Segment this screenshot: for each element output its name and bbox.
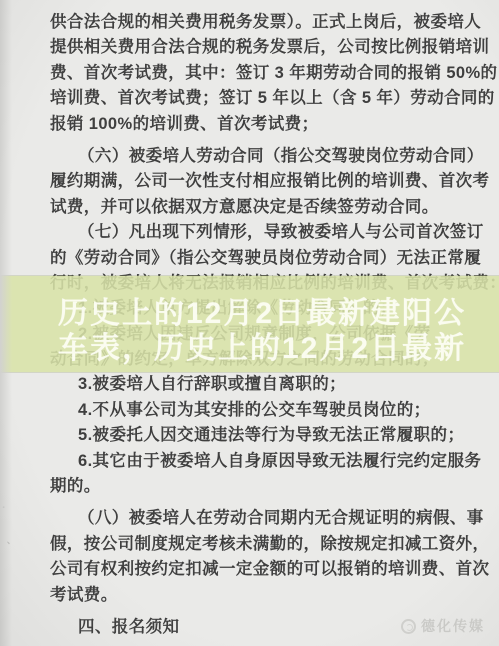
document-line: 公司有权利按约定扣减一定金额的可以报销的培训费、首次 <box>50 557 470 582</box>
document-line: 考试费。 <box>50 583 470 608</box>
watermark: 德化传媒 <box>401 616 485 636</box>
document-line: 费、首次考试费，其中：签订 3 年期劳动合同的报销 50%的 <box>50 61 470 86</box>
document-line: 4.不从事公司为其安排的公交车驾驶员岗位的； <box>50 398 470 423</box>
document-line: 6.其它由于被委培人自身原因导致无法履行完约定服务 <box>50 449 470 474</box>
banner-title-line-2: 车表，历史上的12月2日最新 <box>58 323 466 367</box>
document-line: 试费，并可以依据双方意愿决定是否续签劳动合同。 <box>50 195 470 220</box>
document-line: （八）被委培人在劳动合同期内无合规证明的病假、事 <box>50 506 470 531</box>
title-banner-overlay: 历史上的12月2日最新建阳公 车表，历史上的12月2日最新 <box>0 276 499 372</box>
document-line: （七）凡出现下列情形，导致被委培人与公司首次签订 <box>50 220 470 245</box>
document-line: 期的。 <box>50 474 470 499</box>
document-line: 5.被委托人因交通违法等行为导致无法正常履职的； <box>50 423 470 448</box>
document-line: 履约期满，公司一次性支付相应报销比例的培训费、首次考 <box>50 169 470 194</box>
document-line: （六）被委培人劳动合同（指公交驾驶岗位劳动合同） <box>50 144 470 169</box>
media-logo-icon <box>401 619 416 634</box>
document-line: 提供相关费用合法合规的税务发票后，公司按比例报销培训 <box>50 35 470 60</box>
document-line: 3.被委培人自行辞职或擅自离职的； <box>50 372 470 397</box>
document-line: 培训费、首次考试费；签订 5 年以上（含 5 年）劳动合同的 <box>50 86 470 111</box>
margin-pen-mark: ﹑ <box>3 531 14 547</box>
document-line: 供合法合规的相关费用税务发票）。正式上岗后，被委培人 <box>50 10 470 35</box>
document-line: 报销 100%的培训费、首次考试费； <box>50 112 470 137</box>
document-line: 假，按公司制度规定考核未满勤的，除按规定扣减工资外， <box>50 532 470 557</box>
margin-pen-mark: · <box>2 502 6 514</box>
watermark-label: 德化传媒 <box>421 616 485 636</box>
document-line: 的《劳动合同》（指公交驾驶员岗位劳动合同）无法正常履 <box>50 246 470 271</box>
